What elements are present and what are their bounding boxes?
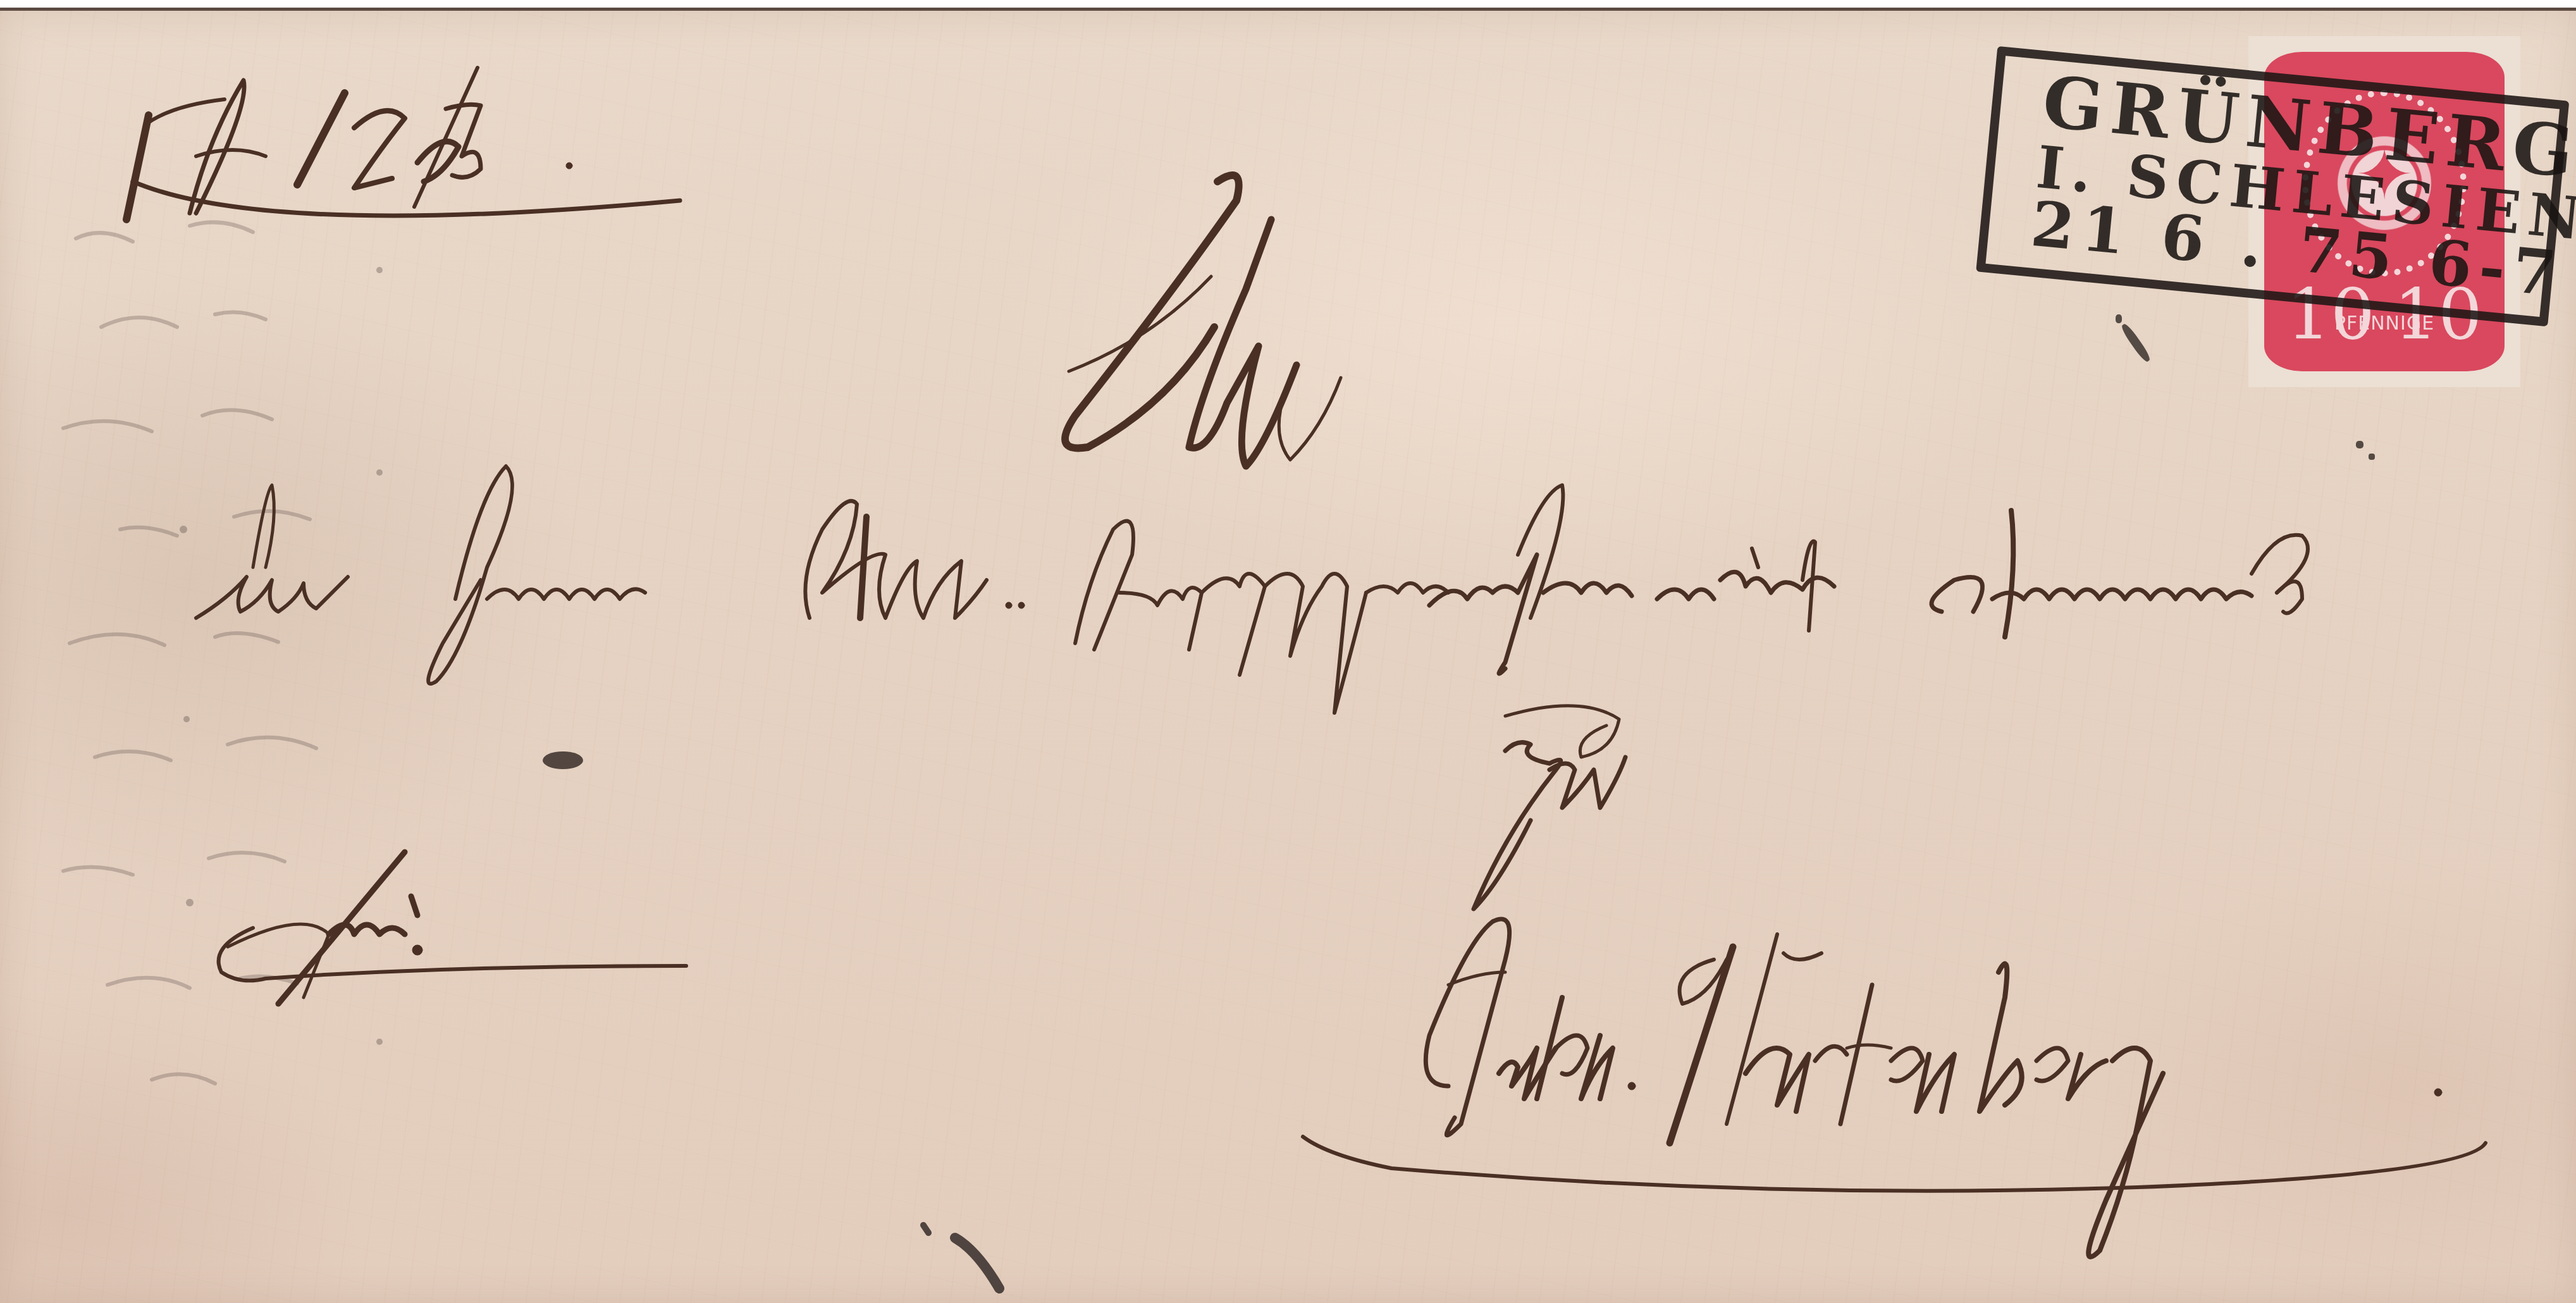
postmark-town: GRÜNBERG xyxy=(2039,60,2576,194)
ink-speck xyxy=(2356,441,2363,448)
stamp-value-left: 10 xyxy=(2286,280,2375,349)
paper-texture xyxy=(0,11,2576,1300)
stamp-perforation xyxy=(2248,36,2520,387)
stamp-design: DEUTSCHE REICHSPOST ✦ 10 PFENNIGE 10 xyxy=(2264,52,2505,371)
postmark-region: I. SCHLESIEN xyxy=(2033,133,2576,254)
ink-speck xyxy=(2369,454,2375,460)
eagle-icon: ✦ xyxy=(2355,134,2413,215)
postmark-date: 21 6 . 75 xyxy=(2028,188,2403,296)
stamp-medallion: ✦ xyxy=(2302,90,2467,276)
postmark-frame xyxy=(1976,46,2569,326)
envelope: V.A 120/75. An den Herrn Amts- u. Vorste… xyxy=(0,8,2576,1300)
handwriting-strokes xyxy=(0,11,2576,1300)
postage-stamp: DEUTSCHE REICHSPOST ✦ 10 PFENNIGE 10 xyxy=(2248,36,2520,387)
ink-speck xyxy=(2116,314,2122,323)
postmark-time: 6-7 N xyxy=(2425,226,2576,320)
bleed-through-marks xyxy=(25,201,595,1118)
postmark-date-time: 21 6 . 75 6-7 N xyxy=(2028,188,2576,321)
postmark: GRÜNBERG I. SCHLESIEN 21 6 . 75 6-7 N xyxy=(1966,36,2565,362)
ink-speck xyxy=(2119,322,2152,363)
stamp-denomination: PFENNIGE xyxy=(2264,312,2505,335)
stamp-value-right: 10 xyxy=(2394,280,2482,349)
stamp-country: DEUTSCHE REICHSPOST xyxy=(2264,112,2505,144)
